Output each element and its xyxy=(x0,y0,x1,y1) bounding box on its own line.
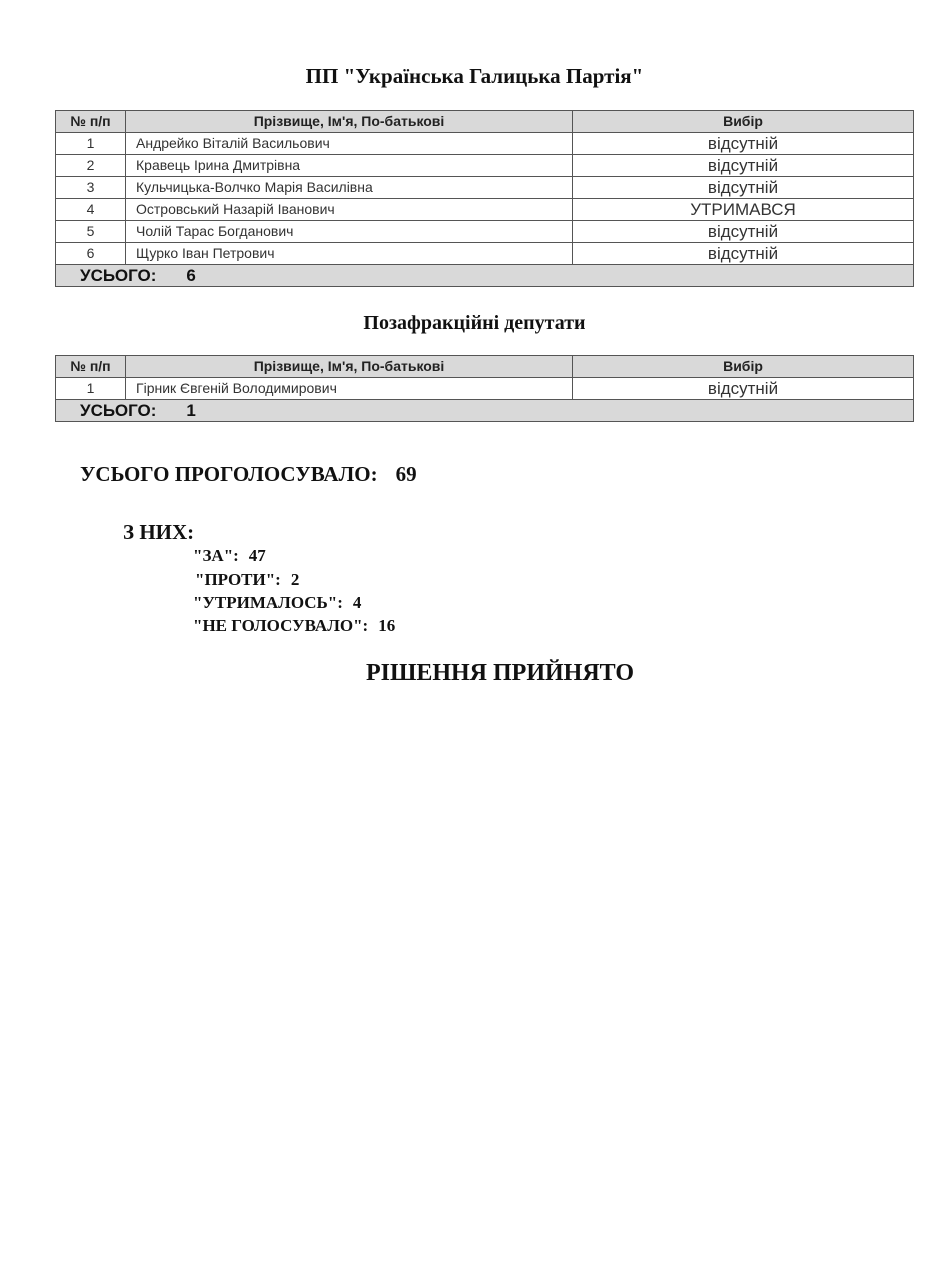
table-row: 1 Андрейко Віталій Васильович відсутній xyxy=(56,133,914,155)
vote-choice: УТРИМАВСЯ xyxy=(573,199,914,221)
table-row: 4 Островський Назарій Іванович УТРИМАВСЯ xyxy=(56,199,914,221)
stat-not-voted: "НЕ ГОЛОСУВАЛО":16 xyxy=(193,616,395,636)
stat-label: "УТРИМАЛОСЬ": xyxy=(193,593,343,612)
faction-title: ПП "Українська Галицька Партія" xyxy=(0,64,949,89)
table-row: 5 Чолій Тарас Богданович відсутній xyxy=(56,221,914,243)
table-row: 2 Кравець Ірина Дмитрівна відсутній xyxy=(56,155,914,177)
table-header-row: № п/п Прізвище, Ім'я, По-батькові Вибір xyxy=(56,111,914,133)
deputy-name: Андрейко Віталій Васильович xyxy=(126,133,573,155)
total-value: 1 xyxy=(186,401,195,420)
of-them-label: З НИХ: xyxy=(123,520,194,545)
stat-value: 16 xyxy=(378,616,395,635)
vote-choice: відсутній xyxy=(573,378,914,400)
vote-choice: відсутній xyxy=(573,221,914,243)
stat-label: "НЕ ГОЛОСУВАЛО": xyxy=(193,616,368,635)
stat-label: "ЗА": xyxy=(193,546,239,565)
total-voted-label: УСЬОГО ПРОГОЛОСУВАЛО: xyxy=(80,462,378,486)
table-row: 6 Щурко Іван Петрович відсутній xyxy=(56,243,914,265)
row-number: 3 xyxy=(56,177,126,199)
total-label: УСЬОГО: xyxy=(80,401,156,420)
table-header-row: № п/п Прізвище, Ім'я, По-батькові Вибір xyxy=(56,356,914,378)
table-total-row: УСЬОГО:1 xyxy=(56,400,914,422)
stat-value: 2 xyxy=(291,570,300,589)
deputy-name: Чолій Тарас Богданович xyxy=(126,221,573,243)
row-number: 1 xyxy=(56,133,126,155)
col-choice-header: Вибір xyxy=(573,111,914,133)
deputy-name: Щурко Іван Петрович xyxy=(126,243,573,265)
stat-label: "ПРОТИ": xyxy=(195,570,281,589)
row-number: 5 xyxy=(56,221,126,243)
decision-result: РІШЕННЯ ПРИЙНЯТО xyxy=(0,660,949,687)
vote-choice: відсутній xyxy=(573,243,914,265)
stat-against: "ПРОТИ":2 xyxy=(195,570,299,590)
deputy-name: Гірник Євгеній Володимирович xyxy=(126,378,573,400)
table-row: 3 Кульчицька-Волчко Марія Василівна відс… xyxy=(56,177,914,199)
table-total-row: УСЬОГО:6 xyxy=(56,265,914,287)
row-number: 2 xyxy=(56,155,126,177)
row-number: 4 xyxy=(56,199,126,221)
vote-choice: відсутній xyxy=(573,155,914,177)
col-choice-header: Вибір xyxy=(573,356,914,378)
total-voted: УСЬОГО ПРОГОЛОСУВАЛО:69 xyxy=(80,462,417,487)
non-faction-votes-table: № п/п Прізвище, Ім'я, По-батькові Вибір … xyxy=(55,355,914,422)
stat-abstained: "УТРИМАЛОСЬ":4 xyxy=(193,593,361,613)
stat-value: 47 xyxy=(249,546,266,565)
col-name-header: Прізвище, Ім'я, По-батькові xyxy=(126,111,573,133)
col-name-header: Прізвище, Ім'я, По-батькові xyxy=(126,356,573,378)
table-row: 1 Гірник Євгеній Володимирович відсутній xyxy=(56,378,914,400)
total-voted-value: 69 xyxy=(396,462,417,486)
non-faction-title: Позафракційні депутати xyxy=(0,312,949,335)
stat-for: "ЗА":47 xyxy=(193,546,266,566)
col-number-header: № п/п xyxy=(56,111,126,133)
total-label: УСЬОГО: xyxy=(80,266,156,285)
faction-votes-table: № п/п Прізвище, Ім'я, По-батькові Вибір … xyxy=(55,110,914,287)
total-cell: УСЬОГО:1 xyxy=(56,400,914,422)
deputy-name: Кульчицька-Волчко Марія Василівна xyxy=(126,177,573,199)
deputy-name: Кравець Ірина Дмитрівна xyxy=(126,155,573,177)
deputy-name: Островський Назарій Іванович xyxy=(126,199,573,221)
col-number-header: № п/п xyxy=(56,356,126,378)
row-number: 6 xyxy=(56,243,126,265)
total-value: 6 xyxy=(186,266,195,285)
row-number: 1 xyxy=(56,378,126,400)
vote-choice: відсутній xyxy=(573,133,914,155)
total-cell: УСЬОГО:6 xyxy=(56,265,914,287)
vote-choice: відсутній xyxy=(573,177,914,199)
stat-value: 4 xyxy=(353,593,362,612)
